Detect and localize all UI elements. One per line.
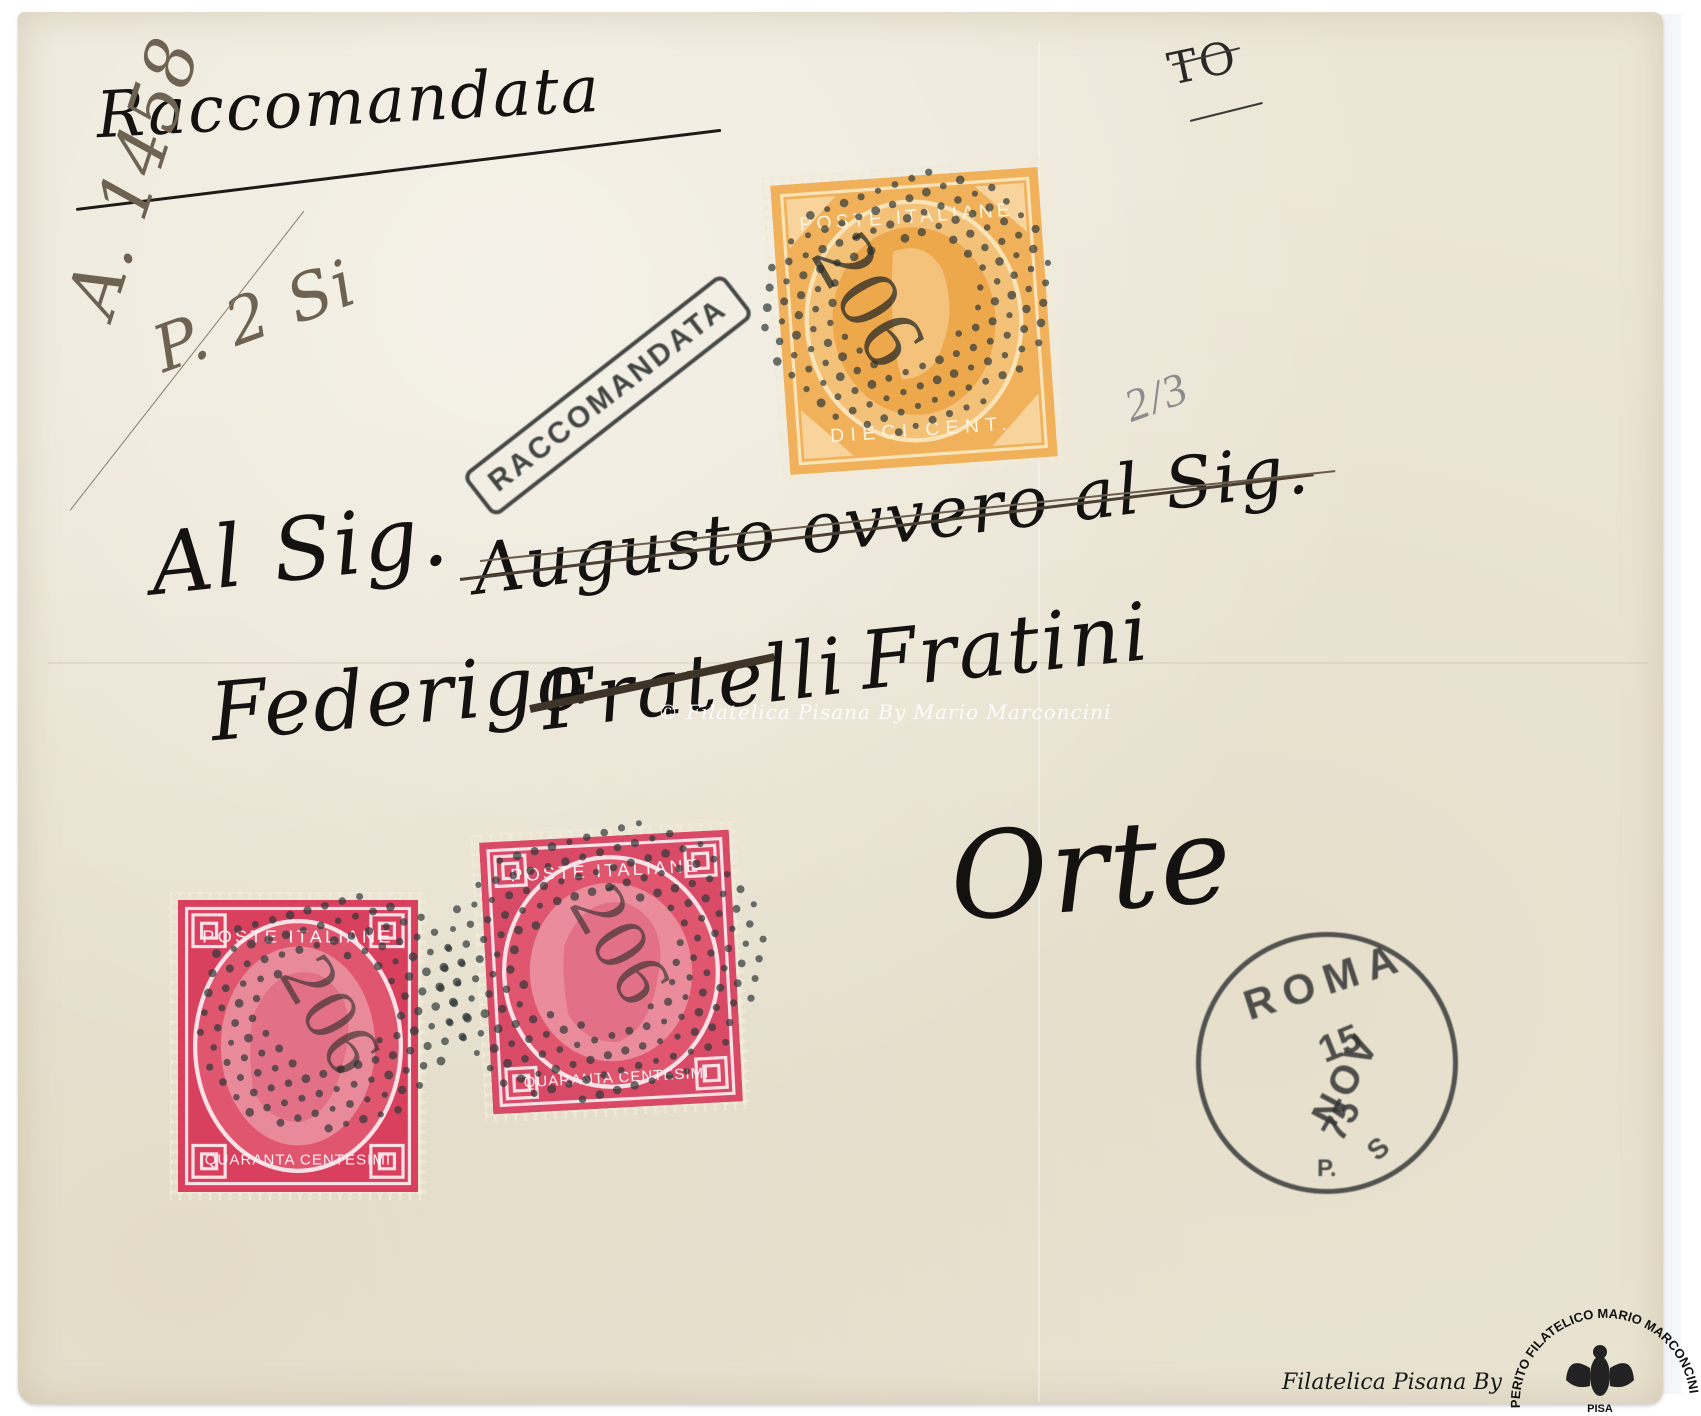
- copyright-watermark: © Filatelica Pisana By Mario Marconcini: [658, 700, 1111, 724]
- date-stamp-town: ROMA: [1238, 932, 1413, 1030]
- expert-certification-mark: PERITO FILATELICO MARIO MARCONCINI PISA: [1500, 1288, 1700, 1416]
- svg-text:QUARANTA CENTESIMI: QUARANTA CENTESIMI: [205, 1153, 391, 1169]
- svg-text:PISA: PISA: [1587, 1403, 1613, 1415]
- date-stamp-suffix: S: [1361, 1131, 1396, 1168]
- eagle-icon: [1566, 1345, 1634, 1396]
- svg-text:POSTE ITALIANE: POSTE ITALIANE: [202, 926, 393, 946]
- date-stamp-hour: P.: [1317, 1155, 1337, 1183]
- roma-date-stamp: ROMA 15 NOV 75 S P.: [1196, 932, 1458, 1194]
- expert-signature: Filatelica Pisana By: [1282, 1370, 1502, 1395]
- address-destination: Orte: [945, 790, 1237, 948]
